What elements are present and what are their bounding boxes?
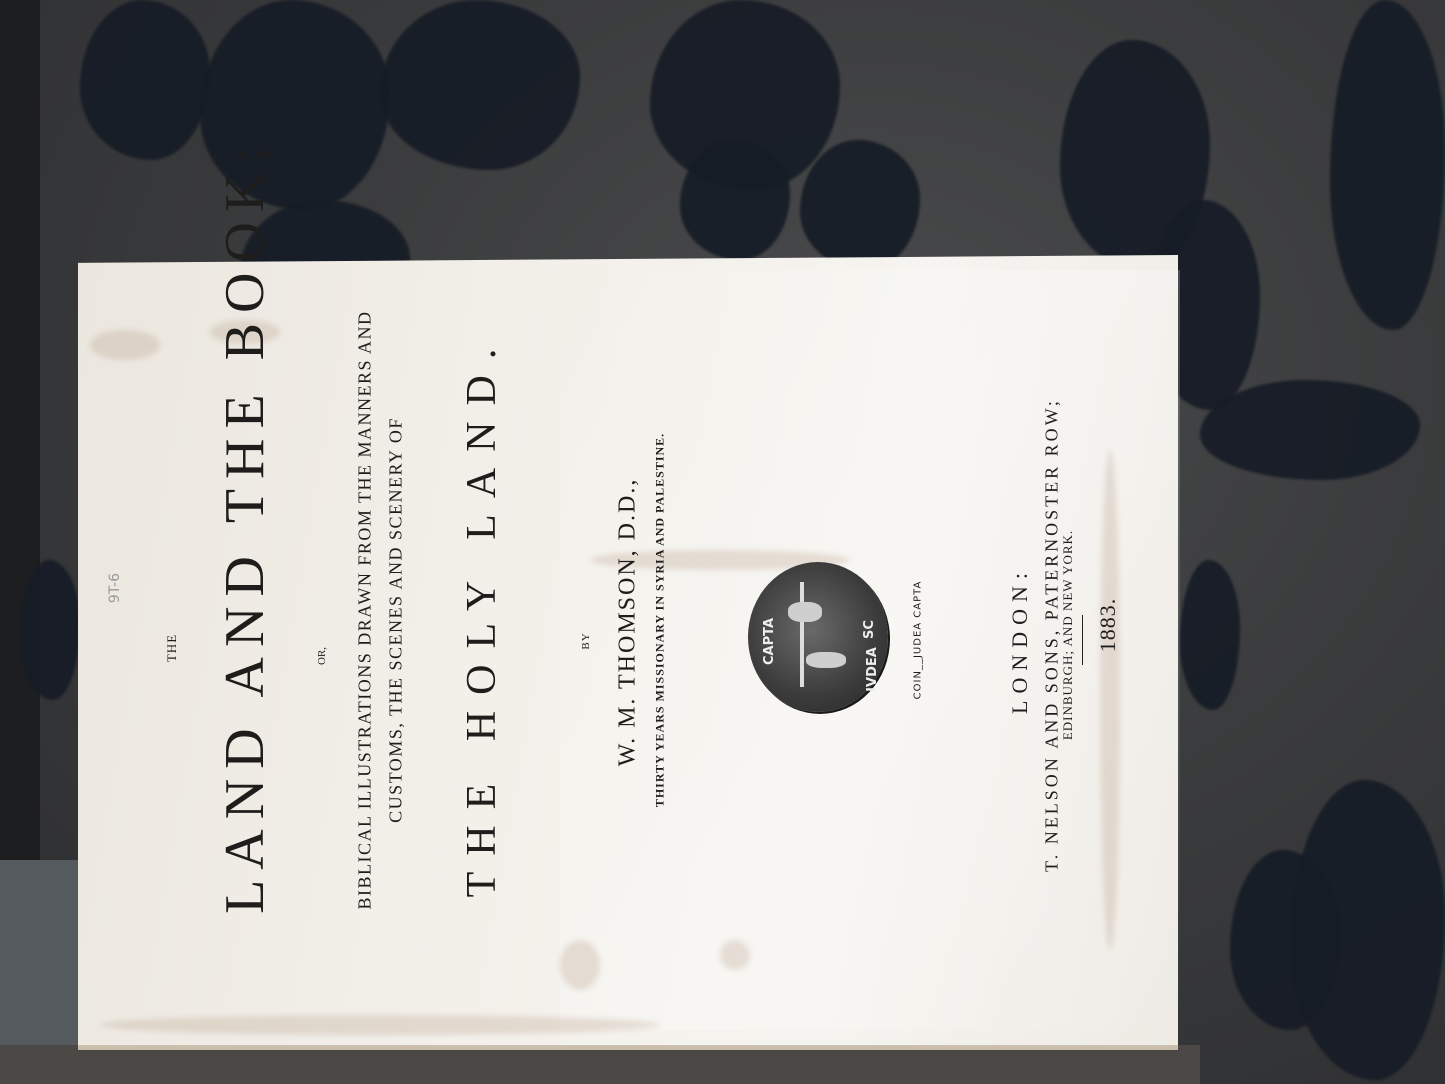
pre-title: THE xyxy=(164,634,180,662)
by-label: BY xyxy=(580,632,592,649)
damask-motif xyxy=(800,140,920,270)
damask-motif xyxy=(1230,850,1340,1030)
foxing-stain xyxy=(90,330,160,360)
foxing-stain xyxy=(720,940,750,970)
damask-motif xyxy=(80,0,210,160)
pencil-mark: 9T-6 xyxy=(107,573,123,603)
foxing-stain xyxy=(560,940,600,990)
palm-tree xyxy=(800,582,804,687)
author-name: W. M. THOMSON, D.D., xyxy=(615,478,642,767)
damask-motif xyxy=(380,0,580,170)
damask-motif xyxy=(1330,0,1445,330)
imprint-city: LONDON: xyxy=(1007,566,1033,714)
author-credential: THIRTY YEARS MISSIONARY IN SYRIA AND PAL… xyxy=(653,433,668,807)
coin-inscription-bottom: IVDEA xyxy=(865,647,880,692)
book-cover-edge xyxy=(0,1045,1200,1084)
foxing-stain xyxy=(1100,450,1120,950)
subtitle-line-2: CUSTOMS, THE SCENES AND SCENERY OF xyxy=(386,417,407,823)
damask-motif xyxy=(1200,380,1420,480)
coin-inscription-top: CAPTA xyxy=(762,618,777,665)
damask-motif xyxy=(1180,560,1240,710)
damask-motif xyxy=(680,140,790,260)
foxing-stain xyxy=(100,1015,660,1035)
or-label: OR, xyxy=(316,647,328,665)
main-title: LAND AND THE BOOK; xyxy=(213,136,277,914)
coin-figure-standing xyxy=(806,652,846,668)
damask-motif xyxy=(20,560,80,700)
coin-figure-seated xyxy=(788,602,822,622)
coin-inscription-side: SC xyxy=(862,620,877,639)
publisher-line-2: EDINBURGH; AND NEW YORK. xyxy=(1060,530,1076,740)
coin-caption: COIN__JUDEA CAPTA xyxy=(913,581,924,700)
subtitle-line-1: BIBLICAL ILLUSTRATIONS DRAWN FROM THE MA… xyxy=(355,310,376,909)
coin-illustration: CAPTA IVDEA SC xyxy=(748,562,888,712)
divider-rule xyxy=(1082,615,1083,665)
publication-year: 1883. xyxy=(1095,598,1121,653)
secondary-title: THE HOLY LAND. xyxy=(458,333,506,898)
